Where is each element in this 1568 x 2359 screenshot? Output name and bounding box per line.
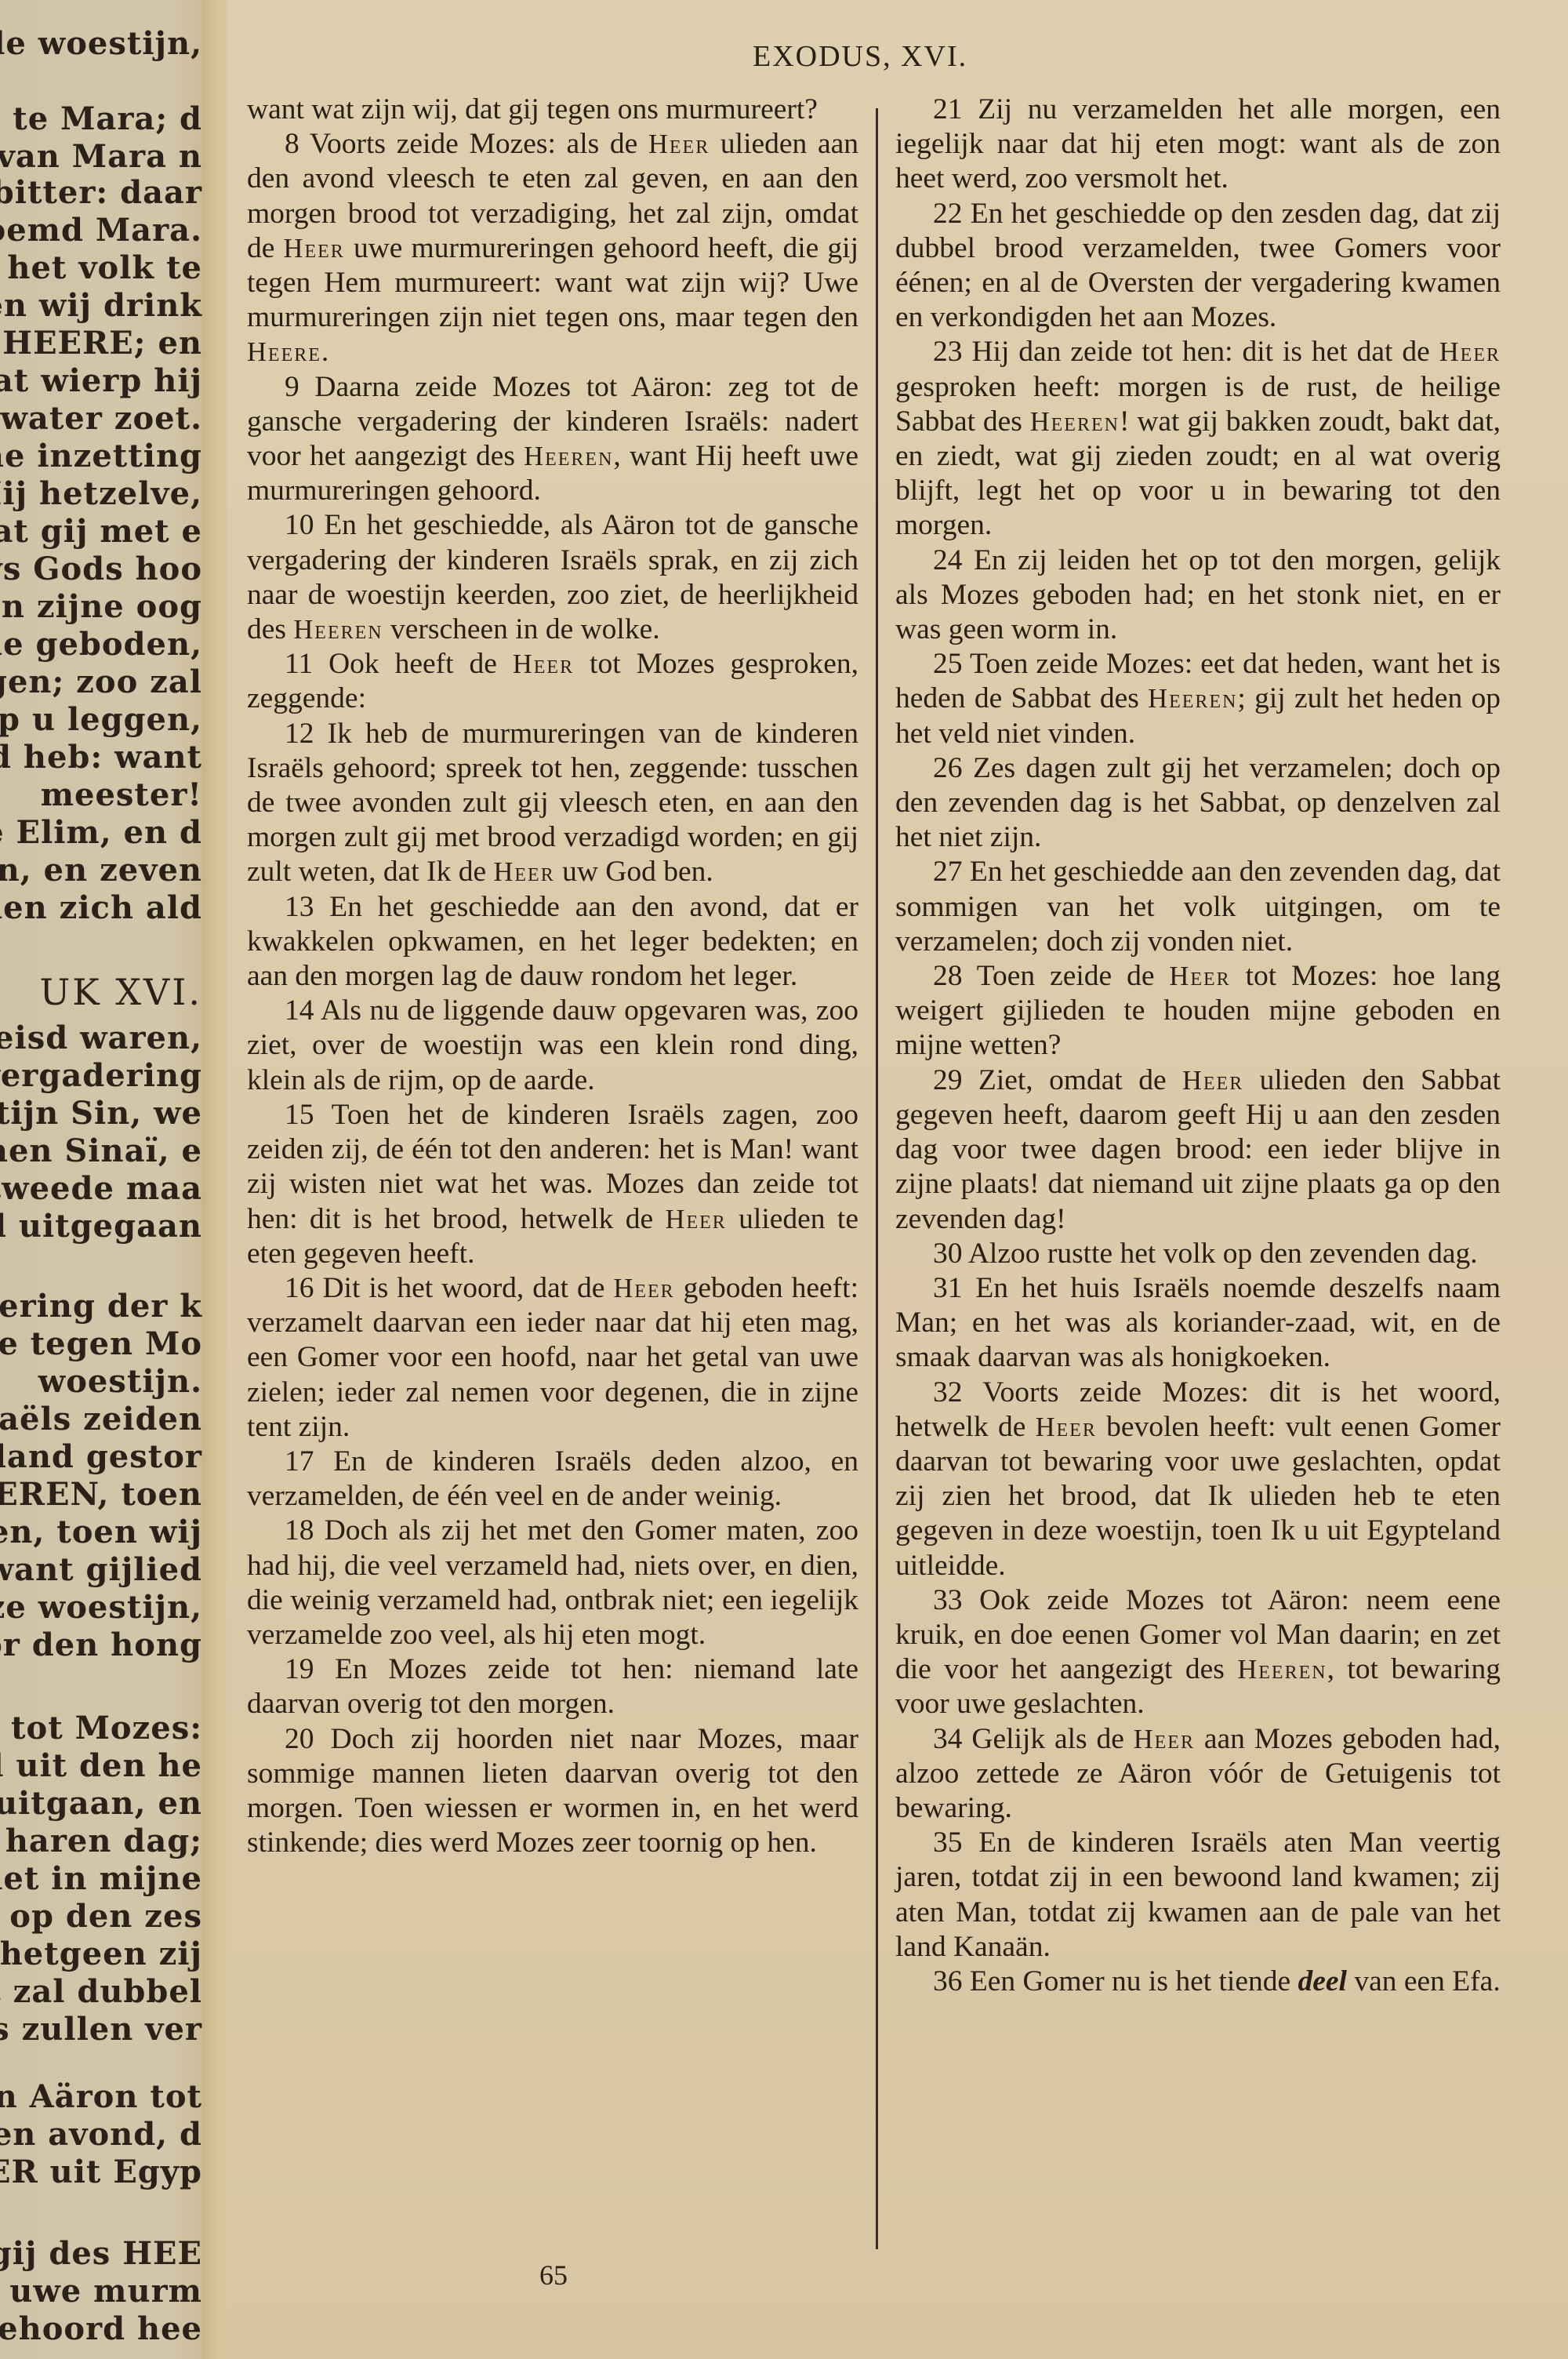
facing-page-line: EN uws Gods hoo	[0, 551, 202, 587]
verse: 8 Voorts zeide Mozes: als de Heer uliede…	[247, 127, 858, 369]
facing-page-line: jl Hij uwe murm	[0, 2273, 202, 2310]
facing-page-line: nteinen, en zeven	[0, 852, 202, 889]
small-caps-lord: Heere	[247, 337, 321, 367]
facing-page-line: he vergadering	[0, 1057, 202, 1094]
verse: 26 Zes dagen zult gij het verzamelen; do…	[895, 751, 1501, 856]
facing-page-line: egerden zich ald	[0, 889, 202, 926]
facing-page-edge: n de woestijn,zij te Mara; der van Mara …	[0, 0, 210, 2359]
verse-text: Ook zeide Mozes tot Aäron: neem eene kru…	[895, 1584, 1501, 1721]
verse: 30 Alzoo rustte het volk op den zevenden…	[895, 1237, 1501, 1271]
right-text-column: 21 Zij nu verzamelden het alle morgen, e…	[895, 93, 1501, 1999]
facing-page-line: ingen; zoo zal	[0, 663, 202, 700]
small-caps-lord: Heeren	[1237, 1655, 1327, 1685]
facing-page-line: gereisd waren,	[0, 1020, 202, 1056]
small-caps-lord: Heer	[1134, 1725, 1195, 1754]
facing-page-line: et, dat gij met e	[0, 513, 202, 550]
small-caps-lord: Heeren	[524, 442, 613, 471]
verse-text: En het huis Israëls noemde deszelfs naam…	[895, 1272, 1501, 1373]
verse: 29 Ziet, omdat de Heer ulieden den Sabba…	[895, 1063, 1501, 1237]
facing-page-line: nt Hij hetzelve,	[0, 475, 202, 512]
verse-number: 28	[933, 960, 977, 992]
verse-number: 24	[933, 544, 974, 576]
verse-number: 21	[933, 93, 978, 125]
verse-text: Gelijk als de Heer aan Mozes geboden had…	[895, 1723, 1501, 1824]
italic-word: deel	[1298, 1965, 1347, 1997]
page-number: 65	[539, 2259, 568, 2292]
verse: 11 Ook heeft de Heer tot Mozes gesproken…	[247, 647, 858, 716]
verse-number: 9	[285, 371, 314, 403]
verse-number: 12	[285, 718, 328, 750]
verse-number: 20	[285, 1723, 331, 1755]
verse-number: 32	[933, 1376, 982, 1408]
facing-page-line: : dat zal dubbel	[0, 1973, 202, 2010]
small-caps-lord: Heer	[1182, 1066, 1243, 1096]
verse: 20 Doch zij hoorden niet naar Mozes, maa…	[247, 1722, 858, 1861]
verse-text: Voorts zeide Mozes: als de Heer ulieden …	[247, 128, 858, 368]
verse-text: En het geschiedde aan den zevenden dag, …	[895, 856, 1501, 957]
facing-page-line: gt is in zijne oog	[0, 588, 202, 625]
verse-number: 8	[285, 128, 310, 160]
facing-page-line: zult gij des HEE	[0, 2235, 202, 2272]
verse-text: En zij leiden het op tot den morgen, gel…	[895, 544, 1501, 645]
facing-page-line: vergadering der k	[0, 1288, 202, 1325]
verse: 13 En het geschiedde aan den avond, dat …	[247, 890, 858, 994]
verse: 34 Gelijk als de Heer aan Mozes geboden …	[895, 1722, 1501, 1826]
facing-page-line: t op haren dag;	[0, 1823, 202, 1859]
facing-page-line: deze woestijn,	[0, 1589, 202, 1626]
verse: 12 Ik heb de murmureringen van de kinder…	[247, 717, 858, 890]
column-divider	[876, 108, 878, 2249]
verse-text: Voorts zeide Mozes: dit is het woord, he…	[895, 1376, 1501, 1582]
verse-number: 30	[933, 1238, 968, 1270]
verse: 14 Als nu de liggende dauw opgevaren was…	[247, 994, 858, 1098]
verse-number: 23	[933, 336, 971, 368]
facing-page-line: den HEERE; en	[0, 325, 202, 362]
verse: 28 Toen zeide de Heer tot Mozes: hoe lan…	[895, 959, 1501, 1063]
facing-page-line: zes en Aäron tot	[0, 2078, 202, 2115]
verse-number: 31	[933, 1272, 975, 1304]
verse: 24 En zij leiden het op tot den morgen, …	[895, 543, 1501, 648]
verse-text: En het geschiedde op den zesden dag, dat…	[895, 198, 1501, 334]
verse: 33 Ook zeide Mozes tot Aäron: neem eene …	[895, 1583, 1501, 1722]
small-caps-lord: Heeren	[293, 615, 383, 645]
verse: 10 En het geschiedde, als Aäron tot de g…	[247, 508, 858, 647]
verse-text: En Mozes zeide tot hen: niemand late daa…	[247, 1653, 858, 1720]
verse: 21 Zij nu verzamelden het alle morgen, e…	[895, 93, 1501, 197]
small-caps-lord: Heer	[613, 1274, 674, 1303]
verse-text: want wat zijn wij, dat gij tegen ons mur…	[247, 93, 818, 125]
facing-page-line: reerde tegen Mo	[0, 1325, 202, 1362]
facing-page-line: meester!	[41, 776, 202, 813]
facing-page-line: erde het volk te	[0, 249, 202, 286]
facing-page-line: zij te Mara; d	[0, 100, 202, 137]
facing-page-line: olk eene inzetting	[0, 438, 202, 474]
verse-number: 19	[285, 1653, 335, 1685]
verse-number: 11	[285, 648, 328, 680]
facing-page-line: ot zijne geboden,	[0, 626, 202, 663]
verse-number: 10	[285, 509, 324, 541]
facing-page-line: elegd heb: want	[0, 739, 202, 776]
verse-number: 17	[285, 1445, 333, 1478]
facing-page-line: Israëls zeiden	[0, 1401, 202, 1438]
facing-page-line: zij te Elim, en d	[0, 814, 202, 851]
facing-page-line: brood uit den he	[0, 1747, 202, 1784]
verse-number: 35	[933, 1826, 978, 1859]
verse-text: En het geschiedde, als Aäron tot de gans…	[247, 509, 858, 645]
verse: 35 En de kinderen Israëls aten Man veert…	[895, 1826, 1501, 1965]
small-caps-lord: Heer	[648, 129, 710, 159]
verse: 9 Daarna zeide Mozes tot Aäron: zeg tot …	[247, 370, 858, 509]
verse: 27 En het geschiedde aan den zevenden da…	[895, 855, 1501, 959]
verse-text: Toen zeide Mozes: eet dat heden, want he…	[895, 648, 1501, 749]
small-caps-lord: Heer	[1036, 1412, 1097, 1442]
verse: 25 Toen zeide Mozes: eet dat heden, want…	[895, 647, 1501, 751]
facing-page-line: woestijn.	[38, 1363, 202, 1400]
facing-page-line: des HEEREN, toen	[0, 1476, 202, 1513]
verse-number: 29	[933, 1064, 978, 1096]
small-caps-lord: Heer	[493, 857, 554, 887]
facing-page-line: land uitgegaan	[0, 1208, 202, 1245]
verse-number: 27	[933, 856, 970, 888]
verse-number: 34	[933, 1723, 971, 1755]
facing-page-line: gelijks zullen ver	[0, 2011, 202, 2048]
verse-text: Ook heeft de Heer tot Mozes gesproken, z…	[247, 648, 858, 714]
facing-page-line: zal uitgaan, en	[0, 1785, 202, 1822]
facing-page-line: vas bitter: daar	[0, 174, 202, 211]
verse-text: Ziet, omdat de Heer ulieden den Sabbat g…	[895, 1064, 1501, 1235]
facing-page-line: woestijn Sin, we	[0, 1095, 202, 1132]
verse: 19 En Mozes zeide tot hen: niemand late …	[247, 1652, 858, 1721]
verse-number: 33	[933, 1584, 979, 1616]
facing-page-line: Egypteland gestor	[0, 1438, 202, 1475]
facing-page-line: ten! want gijlied	[0, 1551, 202, 1588]
verse: 31 En het huis Israëls noemde deszelfs n…	[895, 1271, 1501, 1376]
verse-text: Doch als zij het met den Gomer maten, zo…	[247, 1514, 858, 1651]
verse-text: Alzoo rustte het volk op den zevenden da…	[968, 1238, 1478, 1270]
small-caps-lord: Heer	[666, 1205, 727, 1234]
facing-page-line: genoemd Mara.	[0, 212, 202, 249]
verse-number: 13	[285, 891, 329, 923]
facing-page-line: of het in mijne	[0, 1860, 202, 1897]
facing-page-line: den op u leggen,	[0, 701, 202, 738]
facing-page-line: zullen hetgeen zij	[0, 1936, 202, 1972]
verse-number: 26	[933, 752, 973, 784]
facing-page-line: EER tot Mozes:	[0, 1710, 202, 1747]
verse-number: 36	[933, 1965, 970, 1997]
verse-text: En de kinderen Israëls aten Man veertig …	[895, 1826, 1501, 1963]
verse-text: Een Gomer nu is het tiende deel van een …	[970, 1965, 1501, 1997]
verse-text: Dit is het woord, dat de Heer geboden he…	[247, 1272, 858, 1443]
facing-page-line: tusschen Sinaï, e	[0, 1132, 202, 1169]
verse-text: Daarna zeide Mozes tot Aäron: zeg tot de…	[247, 371, 858, 507]
verse: 18 Doch als zij het met den Gomer maten,…	[247, 1514, 858, 1652]
verse-text: En het geschiedde aan den avond, dat er …	[247, 891, 858, 992]
verse: want wat zijn wij, dat gij tegen ons mur…	[247, 93, 858, 127]
verse-number: 25	[933, 648, 970, 680]
verse-text: Als nu de liggende dauw opgevaren was, z…	[247, 994, 858, 1096]
facing-page-line: er van Mara n	[0, 138, 202, 175]
verse: 16 Dit is het woord, dat de Heer geboden…	[247, 1271, 858, 1445]
facing-page-line: zullen wij drink	[0, 287, 202, 324]
verse-text: Ik heb de murmureringen van de kinderen …	[247, 718, 858, 889]
facing-page-line: ERE gehoord hee	[0, 2310, 202, 2347]
facing-page-line: het water zoet.	[0, 400, 202, 437]
verse-text: Zij nu verzamelden het alle morgen, een …	[895, 93, 1501, 194]
facing-page-line: ieden op den zes	[0, 1898, 202, 1935]
verse-text: Doch zij hoorden niet naar Mozes, maar s…	[247, 1723, 858, 1859]
facing-page-heading: UK XVI.	[39, 971, 202, 1013]
verse: 23 Hij dan zeide tot hen: dit is het dat…	[895, 335, 1501, 543]
verse-number: 16	[285, 1272, 322, 1304]
facing-page-line: zaten, toen wij	[0, 1514, 202, 1550]
small-caps-lord: Heeren	[1030, 407, 1120, 437]
facing-page-line: de HEER uit Egyp	[0, 2154, 202, 2190]
facing-page-line: n de woestijn,	[0, 25, 202, 62]
verse: 36 Een Gomer nu is het tiende deel van e…	[895, 1965, 1501, 1999]
verse: 17 En de kinderen Israëls deden alzoo, e…	[247, 1445, 858, 1514]
left-text-column: want wat zijn wij, dat gij tegen ons mur…	[247, 93, 858, 1860]
verse: 15 Toen het de kinderen Israëls zagen, z…	[247, 1098, 858, 1271]
running-head: EXODUS, XVI.	[753, 39, 967, 74]
verse: 32 Voorts zeide Mozes: dit is het woord,…	[895, 1376, 1501, 1583]
small-caps-lord: Heer	[1169, 961, 1230, 991]
verse-number: 15	[285, 1099, 332, 1131]
verse-text: Toen het de kinderen Israëls zagen, zoo …	[247, 1099, 858, 1270]
verse-number: 22	[933, 198, 971, 230]
small-caps-lord: Heer	[513, 649, 574, 679]
facing-page-line: der tweede maa	[0, 1170, 202, 1207]
small-caps-lord: Heeren	[1148, 684, 1237, 714]
verse-number: 18	[285, 1514, 325, 1547]
verse-text: Zes dagen zult gij het verzamelen; doch …	[895, 752, 1501, 853]
verse: 22 En het geschiedde op den zesden dag, …	[895, 197, 1501, 336]
verse-text: Toen zeide de Heer tot Mozes: hoe lang w…	[895, 960, 1501, 1061]
facing-page-line: out, dat wierp hij	[0, 362, 202, 399]
small-caps-lord: Heer	[1439, 337, 1501, 367]
verse-text: En de kinderen Israëls deden alzoo, en v…	[247, 1445, 858, 1512]
facing-page-line: aan den avond, d	[0, 2116, 202, 2153]
facing-page-line: ate door den hong	[0, 1627, 202, 1663]
verse-text: Hij dan zeide tot hen: dit is het dat de…	[895, 336, 1501, 541]
small-caps-lord: Heer	[284, 234, 345, 264]
verse-number: 14	[285, 994, 321, 1027]
